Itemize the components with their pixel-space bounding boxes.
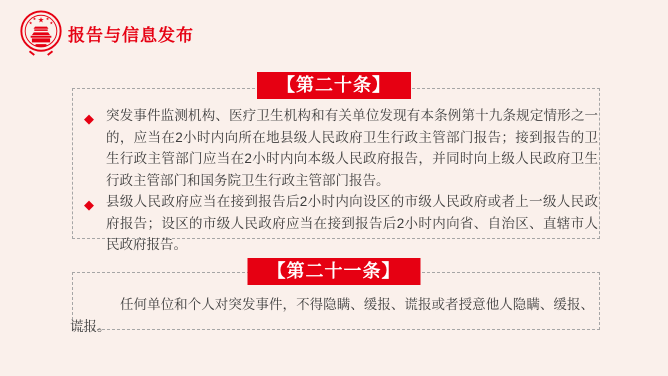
- china-national-emblem-icon: [18, 8, 64, 58]
- article-21-paragraph: 任何单位和个人对突发事件，不得隐瞒、缓报、谎报或者授意他人隐瞒、缓报、谎报。: [70, 294, 594, 337]
- diamond-bullet-icon: ◆: [84, 108, 98, 130]
- bullet-text: 县级人民政府应当在接到报告后2小时内向设区的市级人民政府或者上一级人民政府报告；…: [106, 191, 598, 256]
- page-title: 报告与信息发布: [68, 21, 194, 46]
- article-20-bullet-list: ◆ 突发事件监测机构、医疗卫生机构和有关单位发现有本条例第十九条规定情形之一的，…: [84, 105, 598, 256]
- bullet-item: ◆ 县级人民政府应当在接到报告后2小时内向设区的市级人民政府或者上一级人民政府报…: [84, 191, 598, 256]
- bullet-item: ◆ 突发事件监测机构、医疗卫生机构和有关单位发现有本条例第十九条规定情形之一的，…: [84, 105, 598, 191]
- bullet-text: 突发事件监测机构、医疗卫生机构和有关单位发现有本条例第十九条规定情形之一的，应当…: [106, 105, 598, 191]
- article-20-banner: 【第二十条】: [257, 72, 411, 99]
- article-21-banner: 【第二十一条】: [248, 258, 421, 285]
- diamond-bullet-icon: ◆: [84, 194, 98, 216]
- slide: 报告与信息发布 【第二十条】 ◆ 突发事件监测机构、医疗卫生机构和有关单位发现有…: [0, 0, 668, 376]
